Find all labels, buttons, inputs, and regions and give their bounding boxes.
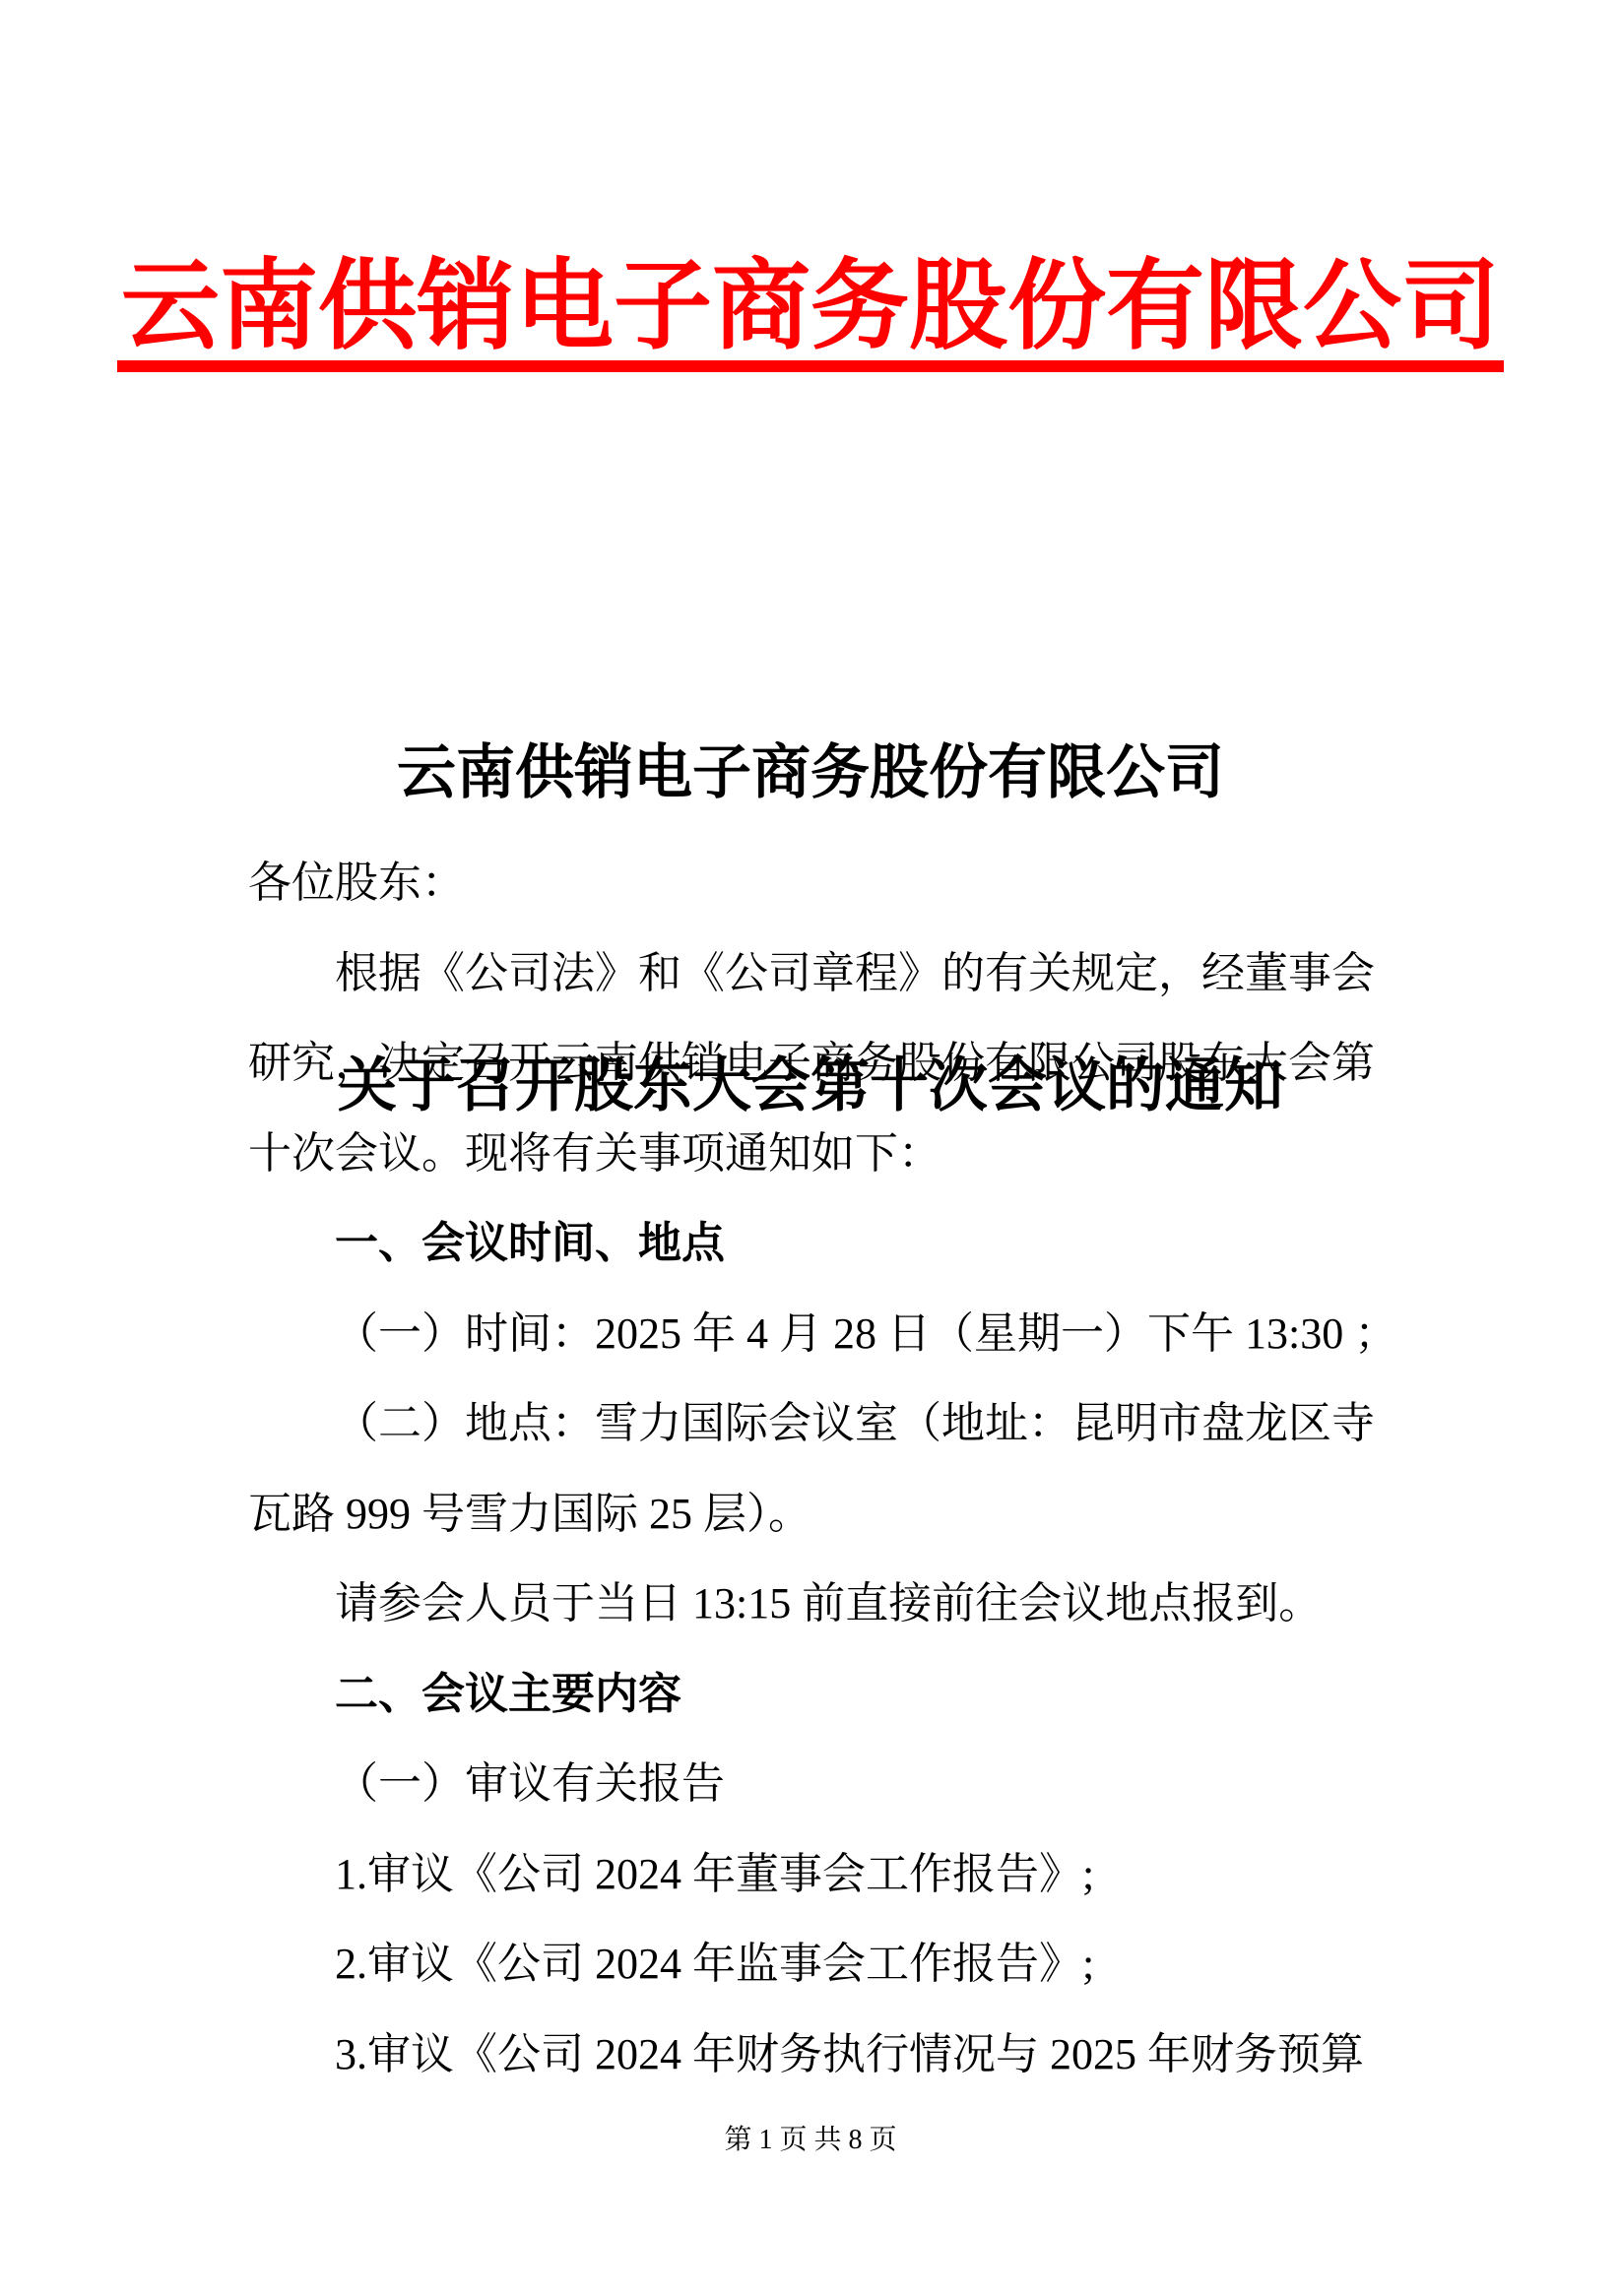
meeting-time-line: （一）时间：2025 年 4 月 28 日（星期一）下午 13:30 ； [248, 1289, 1381, 1379]
paragraph-line: 研究，决定召开云南供销电子商务股份有限公司股东大会第 [248, 1018, 1381, 1109]
section-heading-2: 二、会议主要内容 [248, 1649, 1381, 1740]
meeting-place-line: （二）地点：雪力国际会议室（地址：昆明市盘龙区寺 [248, 1378, 1381, 1469]
meeting-place-line: 瓦路 999 号雪力国际 25 层）。 [248, 1469, 1381, 1560]
agenda-item-2: 2.审议《公司 2024 年监事会工作报告》; [248, 1919, 1381, 2009]
checkin-notice-line: 请参会人员于当日 13:15 前直接前往会议地点报到。 [248, 1559, 1381, 1649]
agenda-item-1: 1.审议《公司 2024 年董事会工作报告》; [248, 1829, 1381, 1920]
letterhead: 云南供销电子商务股份有限公司 [0, 256, 1621, 372]
paragraph-line: 根据《公司法》和《公司章程》的有关规定，经董事会 [248, 928, 1381, 1019]
salutation-line: 各位股东： [248, 838, 1381, 928]
document-body: 各位股东： 根据《公司法》和《公司章程》的有关规定，经董事会 研究，决定召开云南… [248, 838, 1381, 2099]
document-page: 云南供销电子商务股份有限公司 云南供销电子商务股份有限公司 关于召开股东大会第十… [0, 0, 1621, 2296]
letterhead-company-name: 云南供销电子商务股份有限公司 [117, 256, 1504, 372]
document-title-line1: 云南供销电子商务股份有限公司 [0, 721, 1621, 825]
section-heading-1: 一、会议时间、地点 [248, 1198, 1381, 1289]
paragraph-line: 十次会议。现将有关事项通知如下： [248, 1109, 1381, 1199]
page-number-footer: 第 1 页 共 8 页 [0, 2123, 1621, 2158]
agenda-item-3: 3.审议《公司 2024 年财务执行情况与 2025 年财务预算 [248, 2009, 1381, 2100]
subsection-heading: （一）审议有关报告 [248, 1739, 1381, 1829]
